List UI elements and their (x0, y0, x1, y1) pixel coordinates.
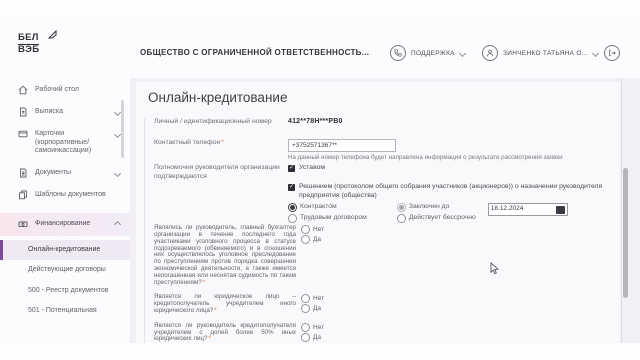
app-frame: БЕЛ ВЭБ ОБЩЕСТВО С ОГРАНИЧЕННОЙ ОТВЕТСТВ… (0, 22, 640, 343)
support-menu[interactable]: ПОДДЕРЖКА (390, 45, 465, 61)
date-input[interactable]: 18.12.2024 (488, 203, 568, 216)
sidebar-item-label: Карточки (корпоративные/ самоинкассации) (35, 130, 108, 156)
charter-label: Уставом (299, 164, 325, 172)
field-phone: Контактный телефон* На данный номер теле… (154, 139, 620, 163)
submenu-item-online-credit[interactable]: Онлайн-кредитование (0, 240, 130, 261)
resolution-option[interactable]: Решением (протоколом общего собрания уча… (288, 183, 619, 200)
sidebar-item-label: Выписка (35, 108, 108, 117)
radio-selected-gray-icon[interactable] (397, 203, 406, 212)
radio-icon[interactable] (288, 214, 297, 223)
radio-yes[interactable]: Да (301, 333, 324, 342)
phone-label: Контактный телефон (154, 139, 220, 146)
checked-checkbox-icon[interactable] (288, 184, 295, 191)
radio-icon[interactable] (397, 214, 406, 223)
logout-icon (604, 45, 620, 61)
chevron-down-icon (114, 109, 121, 116)
credit-form: Личный / идентификационный номер 412**78… (144, 118, 620, 343)
chevron-down-icon (114, 131, 121, 138)
chevron-up-icon (114, 220, 121, 227)
termless-radio[interactable]: Действует бессрочно (397, 214, 476, 223)
scrollbar-track (621, 78, 622, 343)
id-number-value: 412**78Н***РВ0 (288, 118, 343, 125)
logo-text-line2: ВЭБ (18, 44, 39, 55)
logout-button[interactable] (604, 45, 620, 61)
date-value: 18.12.2024 (491, 205, 524, 214)
sidebar-item-label: Финансирование (35, 220, 108, 229)
sidebar-item-financing[interactable]: Финансирование (0, 213, 130, 236)
sidebar-scrollbar[interactable] (121, 100, 124, 158)
sidebar-item-templates[interactable]: Шаблоны документов (0, 191, 130, 200)
required-mark: * (208, 335, 210, 342)
submenu-item-501-potential[interactable]: 501 - Потенциальная (0, 301, 130, 322)
card-icon (18, 129, 28, 139)
statement-icon (18, 107, 28, 117)
sidebar-item-label: Шаблоны документов (35, 191, 120, 200)
form-card: Онлайн-кредитование Личный / идентификац… (136, 82, 620, 343)
templates-icon (18, 190, 28, 200)
question-text: Является ли руководитель кредитополучате… (154, 322, 296, 343)
sidebar-item-cards[interactable]: Карточки (корпоративные/ самоинкассации) (0, 130, 130, 156)
charter-option[interactable]: Уставом (288, 164, 325, 172)
question-criminal-record: Являлись ли руководитель, главный бухгал… (154, 225, 620, 286)
authority-label: Полномочия руководителя организации подт… (154, 164, 282, 181)
mouse-cursor (490, 262, 499, 280)
user-icon (482, 45, 498, 61)
page-title: Онлайн-кредитование (148, 90, 620, 105)
phone-input[interactable] (288, 139, 396, 152)
financing-icon (18, 219, 28, 229)
logo-arrow-icon (48, 30, 57, 39)
sidebar-item-desktop[interactable]: Рабочий стол (0, 86, 130, 95)
support-label: ПОДДЕРЖКА (411, 50, 455, 57)
radio-yes[interactable]: Да (301, 235, 324, 244)
radio-yes[interactable]: Да (301, 304, 324, 313)
company-title: ОБЩЕСТВО С ОГРАНИЧЕННОЙ ОТВЕТСТВЕННОСТЬ.… (140, 48, 369, 57)
id-number-label: Личный / идентификационный номер (154, 118, 282, 127)
checked-checkbox-icon[interactable] (288, 165, 295, 172)
valid-until-radio[interactable]: Заключен до (397, 203, 476, 212)
radio-icon[interactable] (301, 304, 310, 313)
document-icon (18, 168, 28, 178)
radio-icon[interactable] (301, 294, 310, 303)
radio-icon[interactable] (301, 235, 310, 244)
question-text: Являлись ли руководитель, главный бухгал… (154, 224, 296, 285)
resolution-label: Решением (протоколом общего собрания уча… (299, 183, 619, 200)
sidebar-item-label: Рабочий стол (35, 86, 120, 95)
required-mark: * (221, 139, 224, 146)
chevron-down-icon (114, 169, 121, 176)
radio-no[interactable]: Нет (301, 294, 324, 303)
labor-contract-radio[interactable]: Трудовым договором (288, 214, 367, 223)
question-head-founder-share: Является ли руководитель кредитополучате… (154, 323, 620, 343)
radio-icon[interactable] (301, 323, 310, 332)
required-mark: * (203, 279, 205, 286)
radio-icon[interactable] (301, 333, 310, 342)
calendar-icon[interactable] (556, 206, 565, 214)
field-contract-type: Контрактом Трудовым договором Заключен д… (154, 203, 620, 225)
sidebar-item-statement[interactable]: Выписка (0, 108, 130, 117)
submenu-item-500-registry[interactable]: 500 - Реестр документов (0, 281, 130, 302)
field-authority: Полномочия руководителя организации подт… (154, 164, 620, 181)
radio-selected-icon[interactable] (288, 203, 297, 212)
main-content: Онлайн-кредитование Личный / идентификац… (130, 78, 640, 343)
sidebar-item-documents[interactable]: Документы (0, 169, 130, 178)
field-resolution: Решением (протоколом общего собрания уча… (154, 183, 620, 200)
phone-icon (390, 45, 406, 61)
contract-radio[interactable]: Контрактом (288, 203, 367, 212)
chevron-down-icon (459, 49, 466, 56)
user-menu[interactable]: ЗИНЧЕНКО ТАТЬЯНА О... (482, 45, 598, 61)
financing-submenu: Онлайн-кредитование Действующие договоры… (0, 240, 130, 322)
required-mark: * (214, 307, 216, 314)
radio-no[interactable]: Нет (301, 323, 324, 332)
chevron-down-icon (592, 49, 599, 56)
sidebar-item-label: Документы (35, 169, 108, 178)
header: БЕЛ ВЭБ ОБЩЕСТВО С ОГРАНИЧЕННОЙ ОТВЕТСТВ… (0, 22, 640, 78)
submenu-item-active-contracts[interactable]: Действующие договоры (0, 260, 130, 281)
radio-no[interactable]: Нет (301, 225, 324, 234)
user-name: ЗИНЧЕНКО ТАТЬЯНА О... (503, 50, 588, 57)
main-scrollbar[interactable] (623, 168, 628, 298)
question-text: Является ли юридическое лицо – кредитопо… (154, 293, 296, 314)
radio-icon[interactable] (301, 225, 310, 234)
phone-hint: На данный номер телефона будет направлен… (288, 154, 563, 163)
screen: { "colors": { "accent": "#7a4b9d", "requ… (0, 0, 640, 360)
sidebar: Рабочий стол Выписка Карточки (корпорати… (0, 78, 130, 343)
field-id-number: Личный / идентификационный номер 412**78… (154, 118, 620, 127)
question-founder-entity: Является ли юридическое лицо – кредитопо… (154, 294, 620, 314)
bank-logo[interactable]: БЕЛ ВЭБ (18, 33, 39, 55)
home-icon (18, 85, 28, 95)
